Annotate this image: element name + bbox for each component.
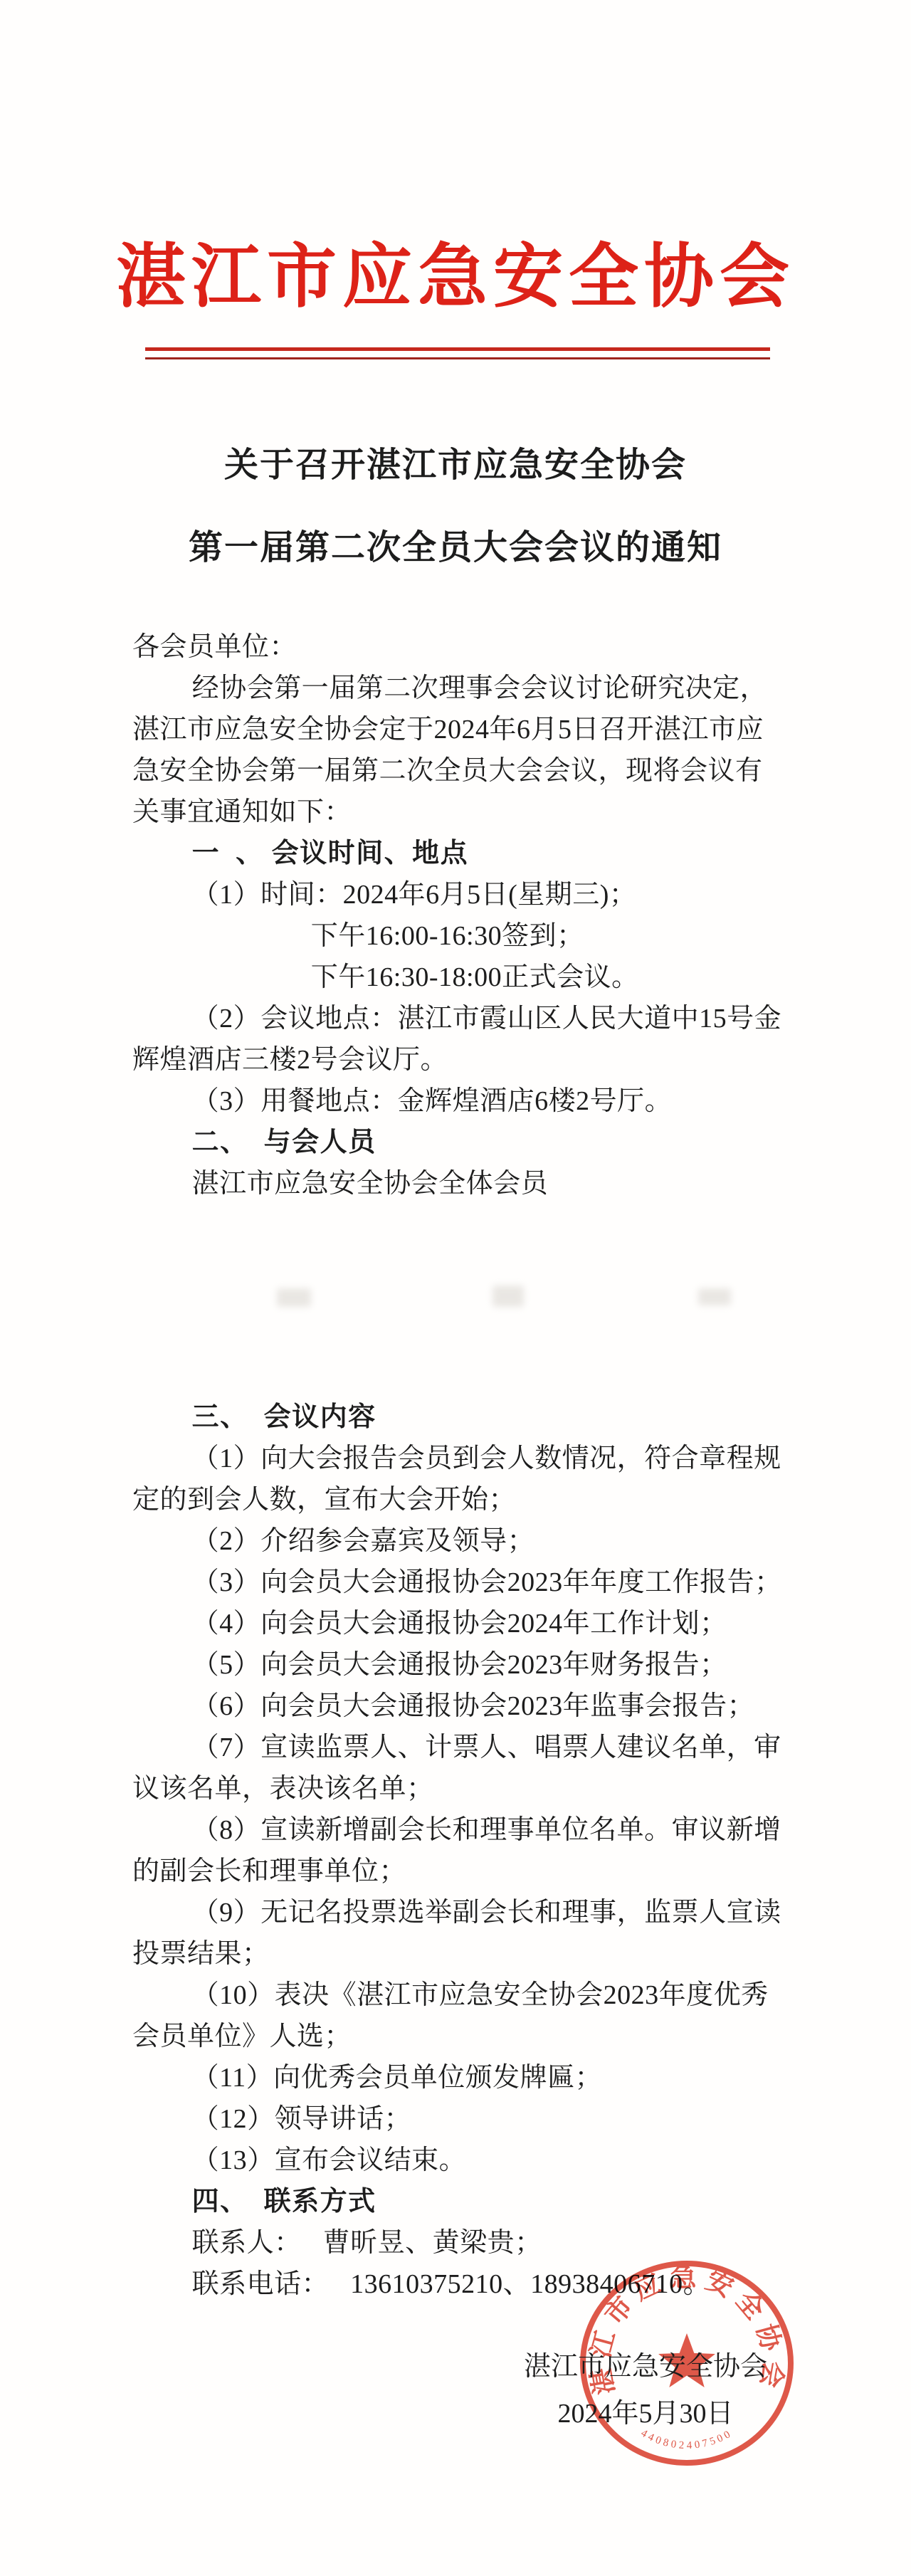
body-line: （11）向优秀会员单位颁发牌匾； <box>132 2057 781 2098</box>
body-line: 议该名单，表决该名单； <box>132 1768 781 1809</box>
body-line: 下午16:30-18:00正式会议。 <box>132 957 781 998</box>
signature-date: 2024年5月30日 <box>522 2390 769 2437</box>
letterhead-double-rule <box>145 347 770 359</box>
body-line: （9）无记名投票选举副会长和理事，监票人宣读 <box>132 1892 781 1933</box>
scan-artifact <box>493 1286 524 1307</box>
document-title: 关于召开湛江市应急安全协会 第一届第二次全员大会会议的通知 <box>0 424 911 589</box>
body-line: （8）宣读新增副会长和理事单位名单。审议新增 <box>132 1809 781 1851</box>
body-line: 会员单位》人选； <box>132 2016 781 2057</box>
body-line: 关事宜通知如下： <box>132 792 781 833</box>
body-line: 湛江市应急安全协会全体会员 <box>132 1163 781 1204</box>
body-line: （2）会议地点：湛江市霞山区人民大道中15号金 <box>132 998 781 1039</box>
body-line: （13）宣布会议结束。 <box>132 2140 781 2181</box>
notice-body: 各会员单位： 经协会第一届第二次理事会会议讨论研究决定， 湛江市应急安全协会定于… <box>132 626 781 2305</box>
section-heading-1: 一 、 会议时间、地点 <box>132 833 781 874</box>
document-title-line-1: 关于召开湛江市应急安全协会 <box>0 424 911 507</box>
body-line: （2）介绍参会嘉宾及领导； <box>132 1520 781 1562</box>
body-line: （6）向会员大会通报协会2023年监事会报告； <box>132 1686 781 1727</box>
body-line: 急安全协会第一届第二次全员大会会议，现将会议有 <box>132 750 781 792</box>
body-line: 湛江市应急安全协会定于2024年6月5日召开湛江市应 <box>132 709 781 750</box>
section-heading-3: 三、 会议内容 <box>132 1397 781 1438</box>
body-line: 定的到会人数，宣布大会开始； <box>132 1479 781 1520</box>
body-line: （1）向大会报告会员到会人数情况，符合章程规 <box>132 1438 781 1479</box>
letterhead-rule-bottom <box>145 357 770 359</box>
body-line: 的副会长和理事单位； <box>132 1851 781 1892</box>
body-line: （12）领导讲话； <box>132 2098 781 2140</box>
salutation: 各会员单位： <box>132 626 781 668</box>
body-line: （3）向会员大会通报协会2023年年度工作报告； <box>132 1562 781 1603</box>
body-line: （4）向会员大会通报协会2024年工作计划； <box>132 1603 781 1644</box>
notice-document-page: 湛江市应急安全协会 关于召开湛江市应急安全协会 第一届第二次全员大会会议的通知 … <box>0 0 911 2576</box>
body-line: 辉煌酒店三楼2号会议厅。 <box>132 1039 781 1081</box>
body-line: 经协会第一届第二次理事会会议讨论研究决定， <box>132 668 781 709</box>
section-heading-2: 二、 与会人员 <box>132 1122 781 1163</box>
document-title-line-2: 第一届第二次全员大会会议的通知 <box>0 507 911 589</box>
scan-artifact <box>698 1288 731 1305</box>
section-heading-4: 四、 联系方式 <box>132 2181 781 2222</box>
body-line: （5）向会员大会通报协会2023年财务报告； <box>132 1644 781 1686</box>
scan-artifact <box>277 1288 311 1307</box>
body-line: 投票结果； <box>132 1933 781 1975</box>
body-line: （10）表决《湛江市应急安全协会2023年度优秀 <box>132 1975 781 2016</box>
signature-block: 湛江市应急安全协会 2024年5月30日 <box>522 2343 769 2437</box>
signature-org: 湛江市应急安全协会 <box>522 2343 769 2390</box>
letterhead-rule-top <box>145 347 770 351</box>
letterhead-org-name: 湛江市应急安全协会 <box>0 243 911 312</box>
body-line: （3）用餐地点：金辉煌酒店6楼2号厅。 <box>132 1081 781 1122</box>
body-line: （1）时间：2024年6月5日(星期三)； <box>132 874 781 915</box>
body-line: 下午16:00-16:30签到； <box>132 915 781 957</box>
body-line: （7）宣读监票人、计票人、唱票人建议名单，审 <box>132 1727 781 1768</box>
